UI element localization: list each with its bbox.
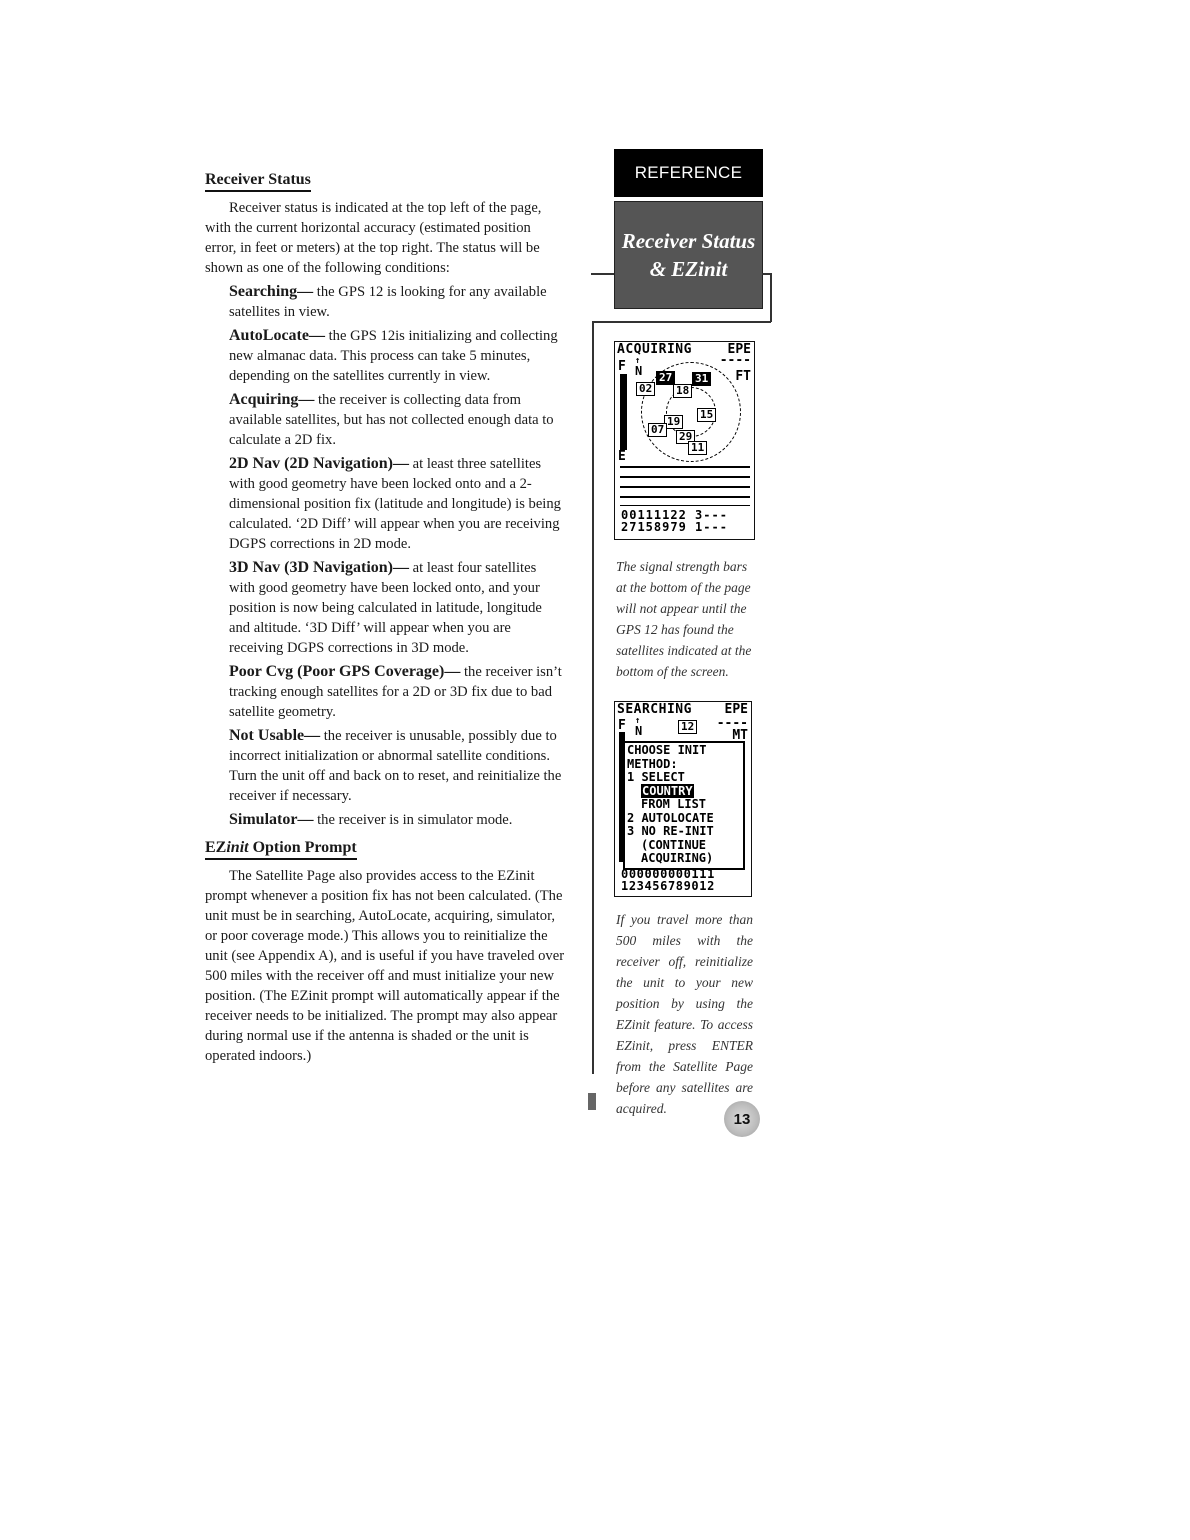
divider-line bbox=[592, 321, 771, 323]
signal-bar-line bbox=[620, 476, 750, 478]
section-title-line1: Receiver Status bbox=[615, 227, 762, 255]
menu-option-from-list: FROM LIST bbox=[641, 798, 741, 812]
menu-option-select[interactable]: 1 SELECT bbox=[627, 771, 741, 785]
caption-signal-strength: The signal strength bars at the bottom o… bbox=[616, 556, 753, 682]
status-item-autolocate: AutoLocate— the GPS 12is initializing an… bbox=[229, 326, 565, 386]
units-label: FT bbox=[735, 369, 751, 384]
status-label: SEARCHING bbox=[617, 702, 692, 717]
caption-ezinit: If you travel more than 500 miles with t… bbox=[616, 909, 753, 1119]
satellite-numbers-row2: 123456789012 bbox=[621, 880, 715, 892]
north-label: N bbox=[635, 724, 642, 738]
signal-bar-line bbox=[620, 496, 750, 498]
section-title-line2: & EZinit bbox=[615, 255, 762, 283]
satellite-marker: 07 bbox=[648, 423, 667, 437]
divider-line bbox=[592, 321, 594, 1074]
menu-title-line1: CHOOSE INIT bbox=[627, 744, 741, 758]
satellite-numbers-row2: 27158979 1--- bbox=[621, 521, 728, 533]
signal-bar-line bbox=[620, 486, 750, 488]
page-number: 13 bbox=[734, 1111, 751, 1128]
divider-line bbox=[591, 273, 614, 275]
signal-bar-line bbox=[620, 466, 750, 468]
menu-option-no-reinit[interactable]: 3 NO RE-INIT bbox=[627, 825, 741, 839]
satellite-marker: 02 bbox=[636, 382, 655, 396]
receiver-status-heading: Receiver Status bbox=[205, 170, 311, 192]
status-item-2d-nav: 2D Nav (2D Navigation)— at least three s… bbox=[229, 454, 565, 554]
menu-option-continue: (CONTINUE bbox=[641, 839, 741, 853]
ezinit-body: The Satellite Page also provides access … bbox=[205, 866, 565, 1066]
satellite-marker: 11 bbox=[688, 441, 707, 455]
status-item-3d-nav: 3D Nav (3D Navigation)— at least four sa… bbox=[229, 558, 565, 658]
north-label: N bbox=[635, 364, 642, 378]
satellite-marker: 27 bbox=[656, 371, 675, 385]
status-item-acquiring: Acquiring— the receiver is collecting da… bbox=[229, 390, 565, 450]
full-label: F bbox=[618, 718, 626, 733]
battery-gauge bbox=[620, 374, 627, 450]
status-item-poor-cvg: Poor Cvg (Poor GPS Coverage)— the receiv… bbox=[229, 662, 565, 722]
signal-bar-line bbox=[620, 505, 750, 506]
status-item-not-usable: Not Usable— the receiver is unusable, po… bbox=[229, 726, 565, 806]
menu-title-line2: METHOD: bbox=[627, 758, 741, 772]
status-item-simulator: Simulator— the receiver is in simulator … bbox=[229, 810, 565, 830]
page-number-globe-icon: 13 bbox=[724, 1101, 760, 1137]
margin-marker bbox=[588, 1093, 596, 1110]
status-item-searching: Searching— the GPS 12 is looking for any… bbox=[229, 282, 565, 322]
reference-tab: REFERENCE bbox=[614, 149, 763, 197]
satellite-marker: 12 bbox=[678, 720, 697, 734]
menu-option-country-selected[interactable]: COUNTRY bbox=[641, 784, 694, 798]
full-label: F bbox=[618, 359, 626, 374]
status-label: ACQUIRING bbox=[617, 342, 692, 357]
ezinit-heading: EZinit Option Prompt bbox=[205, 838, 357, 860]
satellite-marker: 31 bbox=[692, 372, 711, 386]
ezinit-menu: CHOOSE INIT METHOD: 1 SELECT COUNTRY FRO… bbox=[623, 741, 745, 870]
epe-value: ---- bbox=[720, 353, 751, 368]
satellite-marker: 15 bbox=[697, 408, 716, 422]
menu-option-autolocate[interactable]: 2 AUTOLOCATE bbox=[627, 812, 741, 826]
satellite-marker: 18 bbox=[673, 384, 692, 398]
main-column: Receiver Status Receiver status is indic… bbox=[205, 170, 565, 1066]
divider-line bbox=[770, 273, 772, 322]
menu-option-acquiring: ACQUIRING) bbox=[641, 852, 741, 866]
section-title-box: Receiver Status & EZinit bbox=[614, 201, 763, 309]
empty-label: E bbox=[618, 449, 626, 464]
gps-screen-searching: SEARCHING EPE ---- MT F ↑ N 12 CHOOSE IN… bbox=[614, 701, 752, 897]
epe-label: EPE bbox=[725, 702, 748, 717]
receiver-status-intro: Receiver status is indicated at the top … bbox=[205, 198, 565, 278]
gps-screen-acquiring: ACQUIRING EPE ---- FT F E ↑ N 27 31 02 1… bbox=[614, 341, 755, 540]
